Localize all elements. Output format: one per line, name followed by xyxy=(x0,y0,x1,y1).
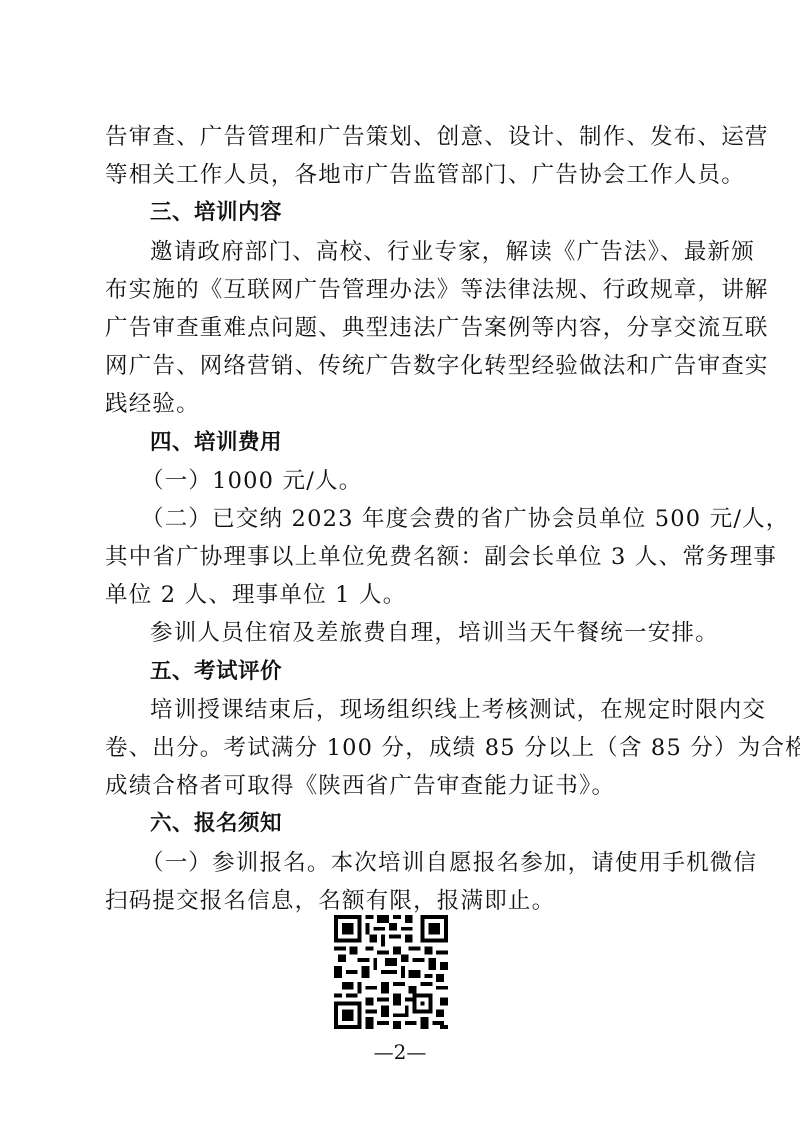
paragraph-line: 参训人员住宿及差旅费自理，培训当天午餐统一安排。 xyxy=(105,614,699,652)
registration-qr-code[interactable] xyxy=(334,915,448,1029)
page-number: —2— xyxy=(0,1040,800,1064)
paragraph-line: 践经验。 xyxy=(105,385,699,423)
fee-item-1: （一）1000 元/人。 xyxy=(105,462,699,500)
intro-line-1: 告审查、广告管理和广告策划、创意、设计、制作、发布、运营 xyxy=(105,118,699,156)
paragraph-line: 其中省广协理事以上单位免费名额：副会长单位 3 人、常务理事 xyxy=(105,538,699,576)
paragraph-line: 成绩合格者可取得《陕西省广告审查能力证书》。 xyxy=(105,767,699,805)
paragraph-line: 广告审查重难点问题、典型违法广告案例等内容，分享交流互联 xyxy=(105,309,699,347)
paragraph-line: 布实施的《互联网广告管理办法》等法律法规、行政规章，讲解 xyxy=(105,271,699,309)
section-heading-registration-notice: 六、报名须知 xyxy=(105,805,699,843)
section-heading-training-content: 三、培训内容 xyxy=(105,194,699,232)
paragraph-line: 卷、出分。考试满分 100 分，成绩 85 分以上（含 85 分）为合格。 xyxy=(105,729,699,767)
registration-item-1: （一）参训报名。本次培训自愿报名参加，请使用手机微信 xyxy=(105,844,699,882)
section-heading-exam-evaluation: 五、考试评价 xyxy=(105,653,699,691)
section-heading-training-fees: 四、培训费用 xyxy=(105,424,699,462)
paragraph-line: 邀请政府部门、高校、行业专家，解读《广告法》、最新颁 xyxy=(105,233,699,271)
paragraph-line: 单位 2 人、理事单位 1 人。 xyxy=(105,576,699,614)
fee-item-2: （二）已交纳 2023 年度会费的省广协会员单位 500 元/人， xyxy=(105,500,699,538)
intro-line-2: 等相关工作人员，各地市广告监管部门、广告协会工作人员。 xyxy=(105,156,699,194)
paragraph-line: 网广告、网络营销、传统广告数字化转型经验做法和广告审查实 xyxy=(105,347,699,385)
document-page: 告审查、广告管理和广告策划、创意、设计、制作、发布、运营 等相关工作人员，各地市… xyxy=(105,118,699,920)
qr-code-icon xyxy=(334,915,448,1029)
paragraph-line: 培训授课结束后，现场组织线上考核测试，在规定时限内交 xyxy=(105,691,699,729)
